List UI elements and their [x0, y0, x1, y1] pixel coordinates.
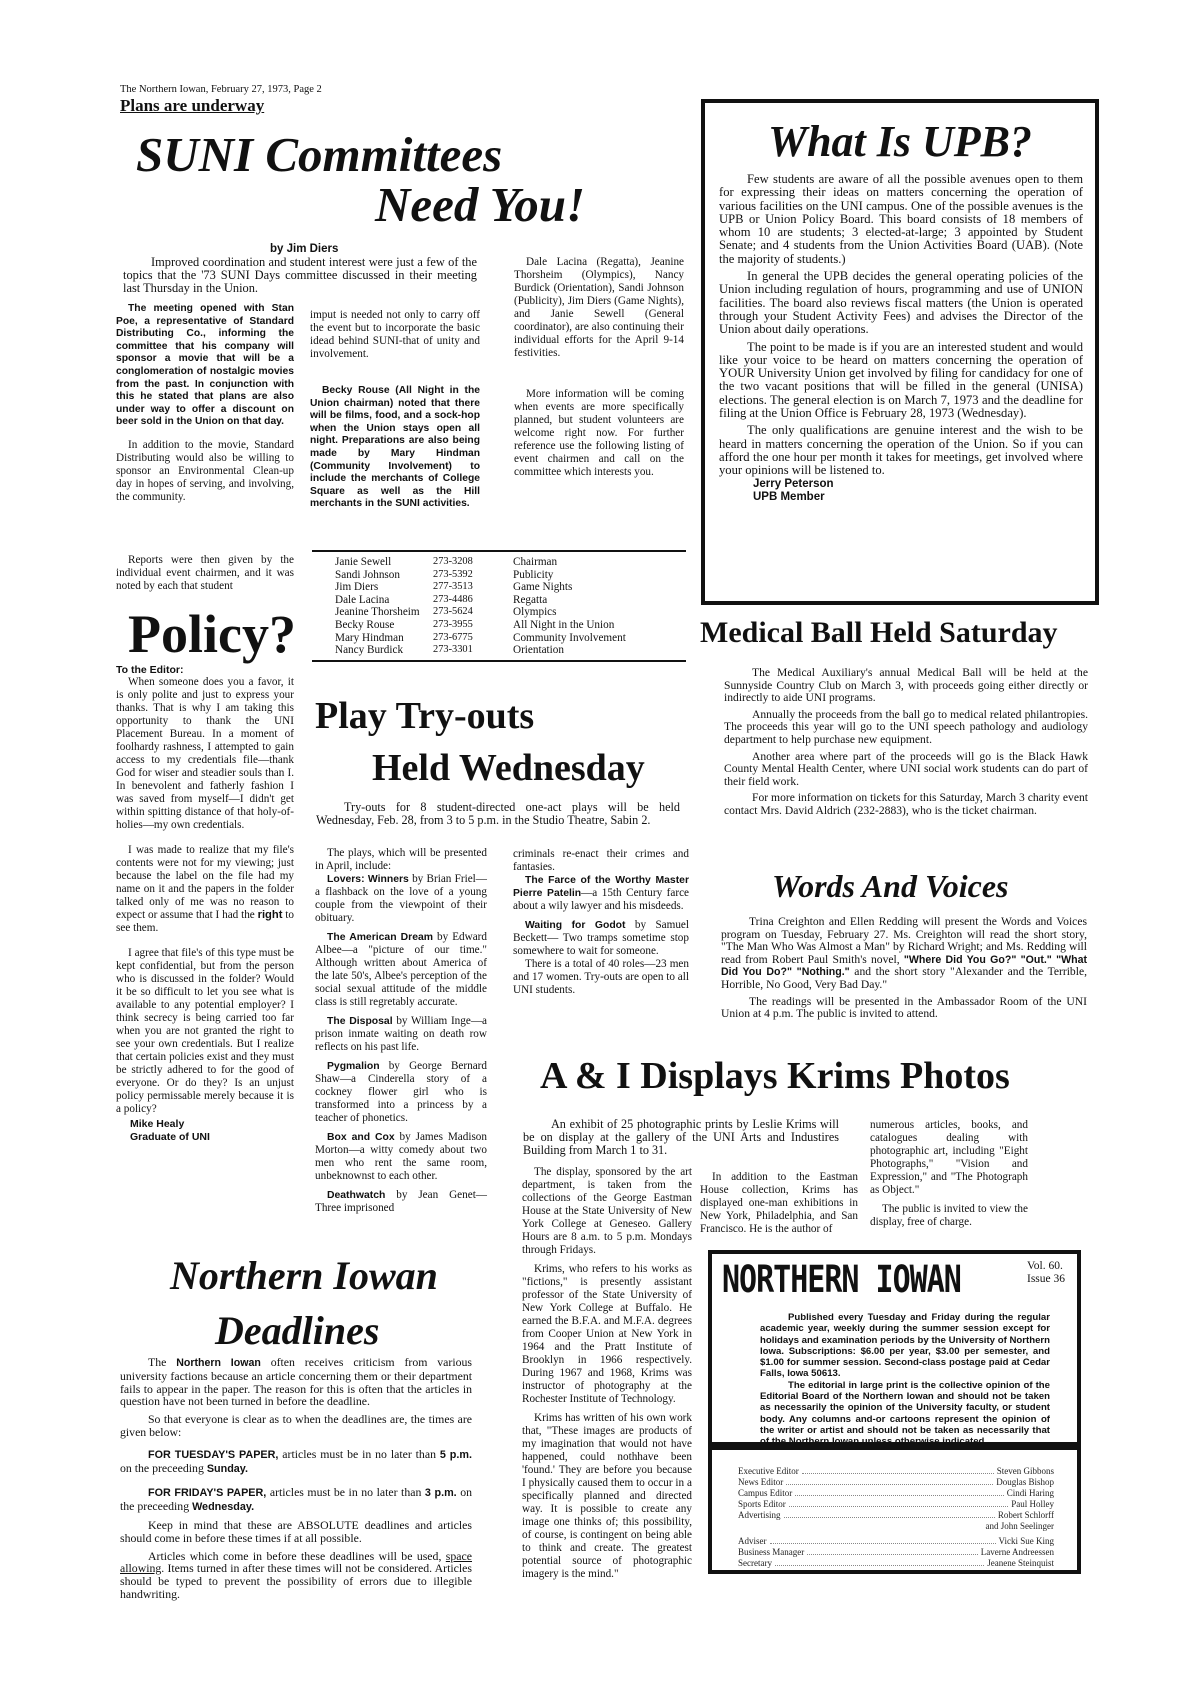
plays-col2: criminals re-enact their crimes and fant…	[513, 848, 689, 997]
upb-box: What Is UPB? Few students are aware of a…	[701, 99, 1099, 605]
play-item: The Disposal by William Inge—a prison in…	[315, 1015, 487, 1054]
suni-col3: Dale Lacina (Regatta), Jeanine Thorsheim…	[514, 256, 684, 479]
chairman-role: Regatta	[513, 594, 626, 607]
deadlines-p1: The Northern Iowan often receives critic…	[120, 1356, 472, 1408]
directory-row: Dale Lacina273-4486Regatta	[335, 594, 626, 607]
staff-name: Laverne Andreessen	[981, 1547, 1054, 1558]
suni-col1: The meeting opened with Stan Poe, a repr…	[116, 303, 294, 504]
krims-col2-p1: In addition to the Eastman House collect…	[700, 1171, 858, 1236]
suni-col3-p2: More information will be coming when eve…	[514, 388, 684, 479]
staff-name: and John Seelinger	[986, 1521, 1054, 1532]
chairman-phone: 273-5392	[433, 569, 513, 582]
chairman-name: Mary Hindman	[335, 632, 433, 645]
play-item: Lovers: Winners by Brian Friel—a flashba…	[315, 873, 487, 925]
chairman-name: Becky Rouse	[335, 619, 433, 632]
staff-name: Vicki Sue King	[999, 1536, 1054, 1547]
staff-row: Sports EditorPaul Holley	[738, 1499, 1054, 1510]
plays-headline-line2: Held Wednesday	[372, 747, 645, 789]
upb-p2: In general the UPB decides the general o…	[719, 270, 1083, 336]
medical-headline: Medical Ball Held Saturday	[700, 616, 1058, 650]
leader-dots	[802, 1466, 994, 1474]
staff-row: and John Seelinger	[738, 1521, 1054, 1532]
suni-byline: by Jim Diers	[270, 243, 338, 255]
deadlines-headline-line2: Deadlines	[215, 1308, 379, 1354]
directory-row: Janie Sewell273-3208Chairman	[335, 556, 626, 569]
play-item: Pygmalion by George Bernard Shaw—a Cinde…	[315, 1060, 487, 1125]
staff-box: Executive EditorSteven GibbonsNews Edito…	[708, 1442, 1081, 1574]
suni-col1-p2: In addition to the movie, Standard Distr…	[116, 439, 294, 504]
policy-signature-title: Graduate of UNI	[130, 1131, 294, 1144]
masthead-editorial-disclaimer: The editorial in large print is the coll…	[760, 1380, 1050, 1448]
kicker-headline: Plans are underway	[120, 96, 264, 116]
directory-row: Jeanine Thorsheim273-5624Olympics	[335, 606, 626, 619]
krims-headline: A & I Displays Krims Photos	[540, 1054, 1010, 1098]
chairman-name: Sandi Johnson	[335, 569, 433, 582]
masthead-text: Published every Tuesday and Friday durin…	[760, 1312, 1050, 1448]
directory-top-rule	[312, 550, 686, 552]
medical-article: The Medical Auxiliary's annual Medical B…	[724, 667, 1088, 818]
directory-bottom-rule	[312, 660, 686, 662]
play-title: Waiting for Godot	[525, 920, 626, 931]
directory-row: Jim Diers277-3513Game Nights	[335, 581, 626, 594]
staff-role: Business Manager	[738, 1547, 804, 1558]
staff-row: News EditorDouglas Bishop	[738, 1477, 1054, 1488]
staff-list: Executive EditorSteven GibbonsNews Edito…	[738, 1466, 1054, 1569]
policy-letter: To the Editor: When someone does you a f…	[116, 664, 294, 1143]
chairman-phone: 273-3955	[433, 619, 513, 632]
staff-row: AdviserVicki Sue King	[738, 1536, 1054, 1547]
chairman-role: Chairman	[513, 556, 626, 569]
staff-role: Adviser	[738, 1536, 767, 1547]
play-item: Deathwatch by Jean Genet—Three imprisone…	[315, 1189, 487, 1215]
upb-signature-title: UPB Member	[753, 491, 1083, 504]
suni-col2-p2: Becky Rouse (All Night in the Union chai…	[310, 385, 480, 511]
plays-intro: The plays, which will be presented in Ap…	[315, 847, 487, 873]
staff-role: Sports Editor	[738, 1499, 786, 1510]
chairmen-table: Janie Sewell273-3208ChairmanSandi Johnso…	[335, 556, 626, 657]
staff-role: Secretary	[738, 1558, 772, 1569]
staff-name: Paul Holley	[1011, 1499, 1054, 1510]
krims-col1-p3: Krims has written of his own work that, …	[522, 1412, 692, 1581]
chairman-role: Game Nights	[513, 581, 626, 594]
policy-p1: When someone does you a favor, it is onl…	[116, 676, 294, 832]
leader-dots	[770, 1536, 996, 1544]
upb-headline: What Is UPB?	[705, 117, 1095, 167]
masthead-box: NORTHERN IOWAN Vol. 60. Issue 36 Publish…	[708, 1250, 1081, 1450]
suni-lead: Improved coordination and student intere…	[123, 256, 477, 295]
chairman-phone: 277-3513	[433, 581, 513, 594]
play-title: Box and Cox	[327, 1132, 395, 1143]
play-item: Box and Cox by James Madison Morton—a wi…	[315, 1131, 487, 1183]
play-item: Waiting for Godot by Samuel Beckett— Two…	[513, 919, 689, 958]
play-item: The American Dream by Edward Albee—a "pi…	[315, 931, 487, 1009]
chairman-phone: 273-3208	[433, 556, 513, 569]
chairman-name: Dale Lacina	[335, 594, 433, 607]
chairman-name: Jeanine Thorsheim	[335, 606, 433, 619]
staff-name: Robert Schlorff	[998, 1510, 1054, 1521]
staff-role: News Editor	[738, 1477, 783, 1488]
suni-headline-line1: SUNI Committees	[136, 128, 502, 182]
deadlines-article: The Northern Iowan often receives critic…	[120, 1356, 472, 1601]
plays-deathwatch-continued: criminals re-enact their crimes and fant…	[513, 848, 689, 874]
staff-row: Business ManagerLaverne Andreessen	[738, 1547, 1054, 1558]
suni-col1-p3: Reports were then given by the individua…	[116, 554, 294, 593]
play-title: Deathwatch	[327, 1190, 385, 1201]
staff-name: Jeanene Steinquist	[987, 1558, 1054, 1569]
staff-name: Douglas Bishop	[996, 1477, 1054, 1488]
masthead-publication-info: Published every Tuesday and Friday durin…	[760, 1312, 1050, 1380]
words-p1: Trina Creighton and Ellen Redding will p…	[721, 916, 1087, 992]
folio-line: The Northern Iowan, February 27, 1973, P…	[120, 84, 322, 95]
deadlines-p4: Articles which come in before these dead…	[120, 1550, 472, 1601]
leader-dots	[784, 1510, 995, 1518]
staff-name: Steven Gibbons	[997, 1466, 1054, 1477]
deadlines-tuesday: FOR TUESDAY'S PAPER, articles must be in…	[120, 1448, 472, 1476]
words-headline: Words And Voices	[772, 868, 1008, 904]
chairman-phone: 273-6775	[433, 632, 513, 645]
leader-dots	[795, 1488, 1004, 1496]
deadlines-headline-line1: Northern Iowan	[170, 1253, 438, 1299]
upb-p1: Few students are aware of all the possib…	[719, 173, 1083, 266]
krims-lead: An exhibit of 25 photographic prints by …	[523, 1118, 839, 1157]
leader-dots	[786, 1477, 993, 1485]
play-title: Lovers: Winners	[327, 874, 409, 885]
play-title: The American Dream	[327, 932, 433, 943]
chairmen-directory: Janie Sewell273-3208ChairmanSandi Johnso…	[335, 556, 626, 657]
medical-p3: Another area where part of the proceeds …	[724, 751, 1088, 789]
staff-role: Campus Editor	[738, 1488, 792, 1499]
chairman-name: Nancy Burdick	[335, 644, 433, 657]
krims-col3-p1: numerous articles, books, and catalogues…	[870, 1119, 1028, 1197]
staff-row: Executive EditorSteven Gibbons	[738, 1466, 1054, 1477]
leader-dots	[775, 1558, 984, 1566]
chairman-name: Jim Diers	[335, 581, 433, 594]
plays-col1: The plays, which will be presented in Ap…	[315, 847, 487, 1215]
words-p2: The readings will be presented in the Am…	[721, 996, 1087, 1021]
chairman-role: Community Involvement	[513, 632, 626, 645]
directory-row: Nancy Burdick273-3301Orientation	[335, 644, 626, 657]
directory-row: Becky Rouse273-3955All Night in the Unio…	[335, 619, 626, 632]
chairman-role: Publicity	[513, 569, 626, 582]
policy-salutation: To the Editor:	[116, 664, 294, 676]
deadlines-p3: Keep in mind that these are ABSOLUTE dea…	[120, 1519, 472, 1545]
suni-col3-p1: Dale Lacina (Regatta), Jeanine Thorsheim…	[514, 256, 684, 360]
upb-p3: The point to be made is if you are an in…	[719, 341, 1083, 421]
leader-dots	[789, 1499, 1008, 1507]
play-item: The Farce of the Worthy Master Pierre Pa…	[513, 874, 689, 913]
staff-role: Executive Editor	[738, 1466, 799, 1477]
suni-col1-p1: The meeting opened with Stan Poe, a repr…	[116, 303, 294, 429]
upb-p4: The only qualifications are genuine inte…	[719, 424, 1083, 477]
play-title: Pygmalion	[327, 1061, 380, 1072]
staff-row: AdvertisingRobert Schlorff	[738, 1510, 1054, 1521]
medical-p4: For more information on tickets for this…	[724, 792, 1088, 817]
northern-iowan-logo: NORTHERN IOWAN	[722, 1258, 961, 1302]
plays-lead: Try-outs for 8 student-directed one-act …	[316, 801, 680, 827]
staff-role: Advertising	[738, 1510, 781, 1521]
suni-col2: imput is needed not only to carry off th…	[310, 309, 480, 511]
directory-row: Sandi Johnson273-5392Publicity	[335, 569, 626, 582]
plays-closing: There is a total of 40 roles—23 men and …	[513, 958, 689, 997]
chairman-phone: 273-3301	[433, 644, 513, 657]
leader-dots	[807, 1547, 978, 1555]
policy-headline: Policy?	[128, 606, 296, 662]
suni-col2-p1: imput is needed not only to carry off th…	[310, 309, 480, 361]
chairman-role: Olympics	[513, 606, 626, 619]
policy-signature-name: Mike Healy	[130, 1118, 294, 1131]
chairman-phone: 273-5624	[433, 606, 513, 619]
krims-col3-p2: The public is invited to view the displa…	[870, 1203, 1028, 1229]
krims-col3: numerous articles, books, and catalogues…	[870, 1119, 1028, 1229]
staff-name: Cindi Haring	[1007, 1488, 1054, 1499]
krims-col2: In addition to the Eastman House collect…	[700, 1171, 858, 1236]
play-title: The Disposal	[327, 1016, 393, 1027]
deadlines-p2: So that everyone is clear as to when the…	[120, 1413, 472, 1439]
policy-p3: I agree that file's of this type must be…	[116, 947, 294, 1116]
plays-headline-line1: Play Try-outs	[315, 695, 534, 737]
volume-issue: Vol. 60. Issue 36	[1027, 1260, 1065, 1285]
suni-headline-line2: Need You!	[375, 178, 585, 232]
chairman-phone: 273-4486	[433, 594, 513, 607]
chairman-name: Janie Sewell	[335, 556, 433, 569]
medical-p1: The Medical Auxiliary's annual Medical B…	[724, 667, 1088, 705]
staff-row: SecretaryJeanene Steinquist	[738, 1558, 1054, 1569]
directory-row: Mary Hindman273-6775Community Involvemen…	[335, 632, 626, 645]
krims-col1-p2: Krims, who refers to his works as "ficti…	[522, 1263, 692, 1406]
staff-row: Campus EditorCindi Haring	[738, 1488, 1054, 1499]
deadlines-friday: FOR FRIDAY'S PAPER, articles must be in …	[120, 1486, 472, 1514]
leader-dots	[741, 1521, 983, 1529]
chairman-role: All Night in the Union	[513, 619, 626, 632]
policy-p2: I was made to realize that my file's con…	[116, 844, 294, 935]
upb-signature-name: Jerry Peterson	[753, 478, 1083, 491]
krims-col1: The display, sponsored by the art depart…	[522, 1166, 692, 1581]
chairman-role: Orientation	[513, 644, 626, 657]
krims-col1-p1: The display, sponsored by the art depart…	[522, 1166, 692, 1257]
medical-p2: Annually the proceeds from the ball go t…	[724, 709, 1088, 747]
words-article: Trina Creighton and Ellen Redding will p…	[721, 916, 1087, 1021]
